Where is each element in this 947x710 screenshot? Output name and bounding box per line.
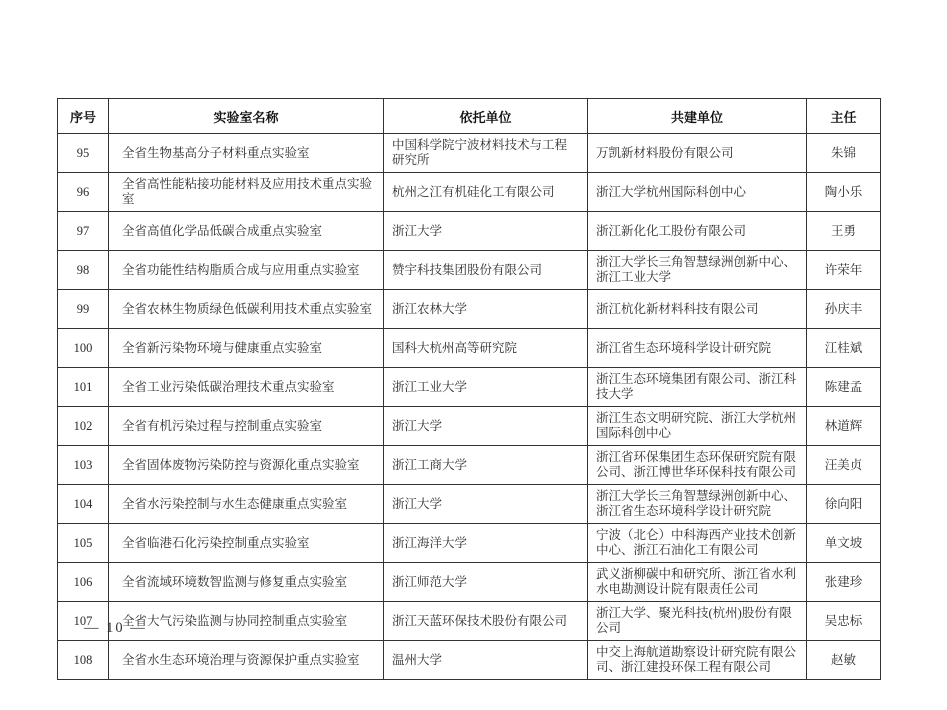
table-row: 102全省有机污染过程与控制重点实验室浙江大学浙江生态文明研究院、浙江大学杭州国… [58,407,881,446]
cell-host-unit: 浙江大学 [384,407,588,446]
cell-row-number: 97 [58,212,109,251]
header-partner-unit: 共建单位 [588,99,807,134]
table-row: 106全省流域环境数智监测与修复重点实验室浙江师范大学武义浙柳碳中和研究所、浙江… [58,563,881,602]
cell-row-number: 95 [58,134,109,173]
cell-partner-unit: 浙江生态环境集团有限公司、浙江科技大学 [588,368,807,407]
cell-director: 单文坡 [807,524,881,563]
cell-lab-name: 全省高值化学品低碳合成重点实验室 [109,212,384,251]
cell-host-unit: 浙江工业大学 [384,368,588,407]
cell-director: 王勇 [807,212,881,251]
cell-lab-name: 全省新污染物环境与健康重点实验室 [109,329,384,368]
cell-partner-unit: 浙江新化化工股份有限公司 [588,212,807,251]
cell-director: 林道辉 [807,407,881,446]
cell-row-number: 108 [58,641,109,680]
cell-row-number: 101 [58,368,109,407]
cell-partner-unit: 浙江大学杭州国际科创中心 [588,173,807,212]
cell-host-unit: 浙江大学 [384,485,588,524]
cell-partner-unit: 浙江大学、聚光科技(杭州)股份有限公司 [588,602,807,641]
page-number: — 10 — [84,620,147,637]
cell-lab-name: 全省生物基高分子材料重点实验室 [109,134,384,173]
cell-lab-name: 全省大气污染监测与协同控制重点实验室 [109,602,384,641]
cell-director: 江桂斌 [807,329,881,368]
cell-director: 张建珍 [807,563,881,602]
cell-host-unit: 浙江农林大学 [384,290,588,329]
cell-row-number: 104 [58,485,109,524]
cell-host-unit: 浙江大学 [384,212,588,251]
header-host-unit: 依托单位 [384,99,588,134]
cell-host-unit: 赞宇科技集团股份有限公司 [384,251,588,290]
cell-row-number: 105 [58,524,109,563]
cell-partner-unit: 中交上海航道勘察设计研究院有限公司、浙江建投环保工程有限公司 [588,641,807,680]
table-row: 105全省临港石化污染控制重点实验室浙江海洋大学宁波（北仑）中科海西产业技术创新… [58,524,881,563]
header-director: 主任 [807,99,881,134]
document-page: 序号 实验室名称 依托单位 共建单位 主任 95全省生物基高分子材料重点实验室中… [0,0,947,710]
cell-partner-unit: 浙江生态文明研究院、浙江大学杭州国际科创中心 [588,407,807,446]
table-row: 107全省大气污染监测与协同控制重点实验室浙江天蓝环保技术股份有限公司浙江大学、… [58,602,881,641]
cell-director: 孙庆丰 [807,290,881,329]
cell-lab-name: 全省流域环境数智监测与修复重点实验室 [109,563,384,602]
table-row: 95全省生物基高分子材料重点实验室中国科学院宁波材料技术与工程研究所万凯新材料股… [58,134,881,173]
cell-partner-unit: 浙江省生态环境科学设计研究院 [588,329,807,368]
cell-partner-unit: 浙江大学长三角智慧绿洲创新中心、浙江工业大学 [588,251,807,290]
cell-director: 吴忠标 [807,602,881,641]
table-row: 98全省功能性结构脂质合成与应用重点实验室赞宇科技集团股份有限公司浙江大学长三角… [58,251,881,290]
cell-row-number: 102 [58,407,109,446]
cell-partner-unit: 万凯新材料股份有限公司 [588,134,807,173]
table-header-row: 序号 实验室名称 依托单位 共建单位 主任 [58,99,881,134]
cell-director: 赵敏 [807,641,881,680]
cell-host-unit: 温州大学 [384,641,588,680]
cell-lab-name: 全省农林生物质绿色低碳利用技术重点实验室 [109,290,384,329]
cell-director: 许荣年 [807,251,881,290]
table-row: 104全省水污染控制与水生态健康重点实验室浙江大学浙江大学长三角智慧绿洲创新中心… [58,485,881,524]
cell-lab-name: 全省工业污染低碳治理技术重点实验室 [109,368,384,407]
cell-director: 徐向阳 [807,485,881,524]
cell-host-unit: 国科大杭州高等研究院 [384,329,588,368]
cell-lab-name: 全省有机污染过程与控制重点实验室 [109,407,384,446]
cell-director: 汪美贞 [807,446,881,485]
cell-host-unit: 中国科学院宁波材料技术与工程研究所 [384,134,588,173]
cell-director: 陈建孟 [807,368,881,407]
cell-lab-name: 全省功能性结构脂质合成与应用重点实验室 [109,251,384,290]
lab-table: 序号 实验室名称 依托单位 共建单位 主任 95全省生物基高分子材料重点实验室中… [57,98,881,680]
table-row: 97全省高值化学品低碳合成重点实验室浙江大学浙江新化化工股份有限公司王勇 [58,212,881,251]
cell-lab-name: 全省临港石化污染控制重点实验室 [109,524,384,563]
cell-lab-name: 全省水污染控制与水生态健康重点实验室 [109,485,384,524]
cell-host-unit: 杭州之江有机硅化工有限公司 [384,173,588,212]
cell-host-unit: 浙江师范大学 [384,563,588,602]
header-row-number: 序号 [58,99,109,134]
cell-lab-name: 全省水生态环境治理与资源保护重点实验室 [109,641,384,680]
cell-partner-unit: 武义浙柳碳中和研究所、浙江省水利水电勘测设计院有限责任公司 [588,563,807,602]
cell-host-unit: 浙江工商大学 [384,446,588,485]
table-row: 108全省水生态环境治理与资源保护重点实验室温州大学中交上海航道勘察设计研究院有… [58,641,881,680]
cell-row-number: 96 [58,173,109,212]
cell-row-number: 103 [58,446,109,485]
table-row: 96全省高性能粘接功能材料及应用技术重点实验室杭州之江有机硅化工有限公司浙江大学… [58,173,881,212]
cell-director: 陶小乐 [807,173,881,212]
table-row: 100全省新污染物环境与健康重点实验室国科大杭州高等研究院浙江省生态环境科学设计… [58,329,881,368]
header-lab-name: 实验室名称 [109,99,384,134]
cell-partner-unit: 浙江大学长三角智慧绿洲创新中心、浙江省生态环境科学设计研究院 [588,485,807,524]
cell-partner-unit: 宁波（北仑）中科海西产业技术创新中心、浙江石油化工有限公司 [588,524,807,563]
cell-partner-unit: 浙江省环保集团生态环保研究院有限公司、浙江博世华环保科技有限公司 [588,446,807,485]
cell-host-unit: 浙江天蓝环保技术股份有限公司 [384,602,588,641]
cell-host-unit: 浙江海洋大学 [384,524,588,563]
cell-row-number: 98 [58,251,109,290]
cell-director: 朱锦 [807,134,881,173]
table-row: 103全省固体废物污染防控与资源化重点实验室浙江工商大学浙江省环保集团生态环保研… [58,446,881,485]
cell-row-number: 99 [58,290,109,329]
table-row: 101全省工业污染低碳治理技术重点实验室浙江工业大学浙江生态环境集团有限公司、浙… [58,368,881,407]
cell-lab-name: 全省高性能粘接功能材料及应用技术重点实验室 [109,173,384,212]
cell-lab-name: 全省固体废物污染防控与资源化重点实验室 [109,446,384,485]
cell-row-number: 100 [58,329,109,368]
table-row: 99全省农林生物质绿色低碳利用技术重点实验室浙江农林大学浙江杭化新材料科技有限公… [58,290,881,329]
cell-row-number: 106 [58,563,109,602]
cell-partner-unit: 浙江杭化新材料科技有限公司 [588,290,807,329]
